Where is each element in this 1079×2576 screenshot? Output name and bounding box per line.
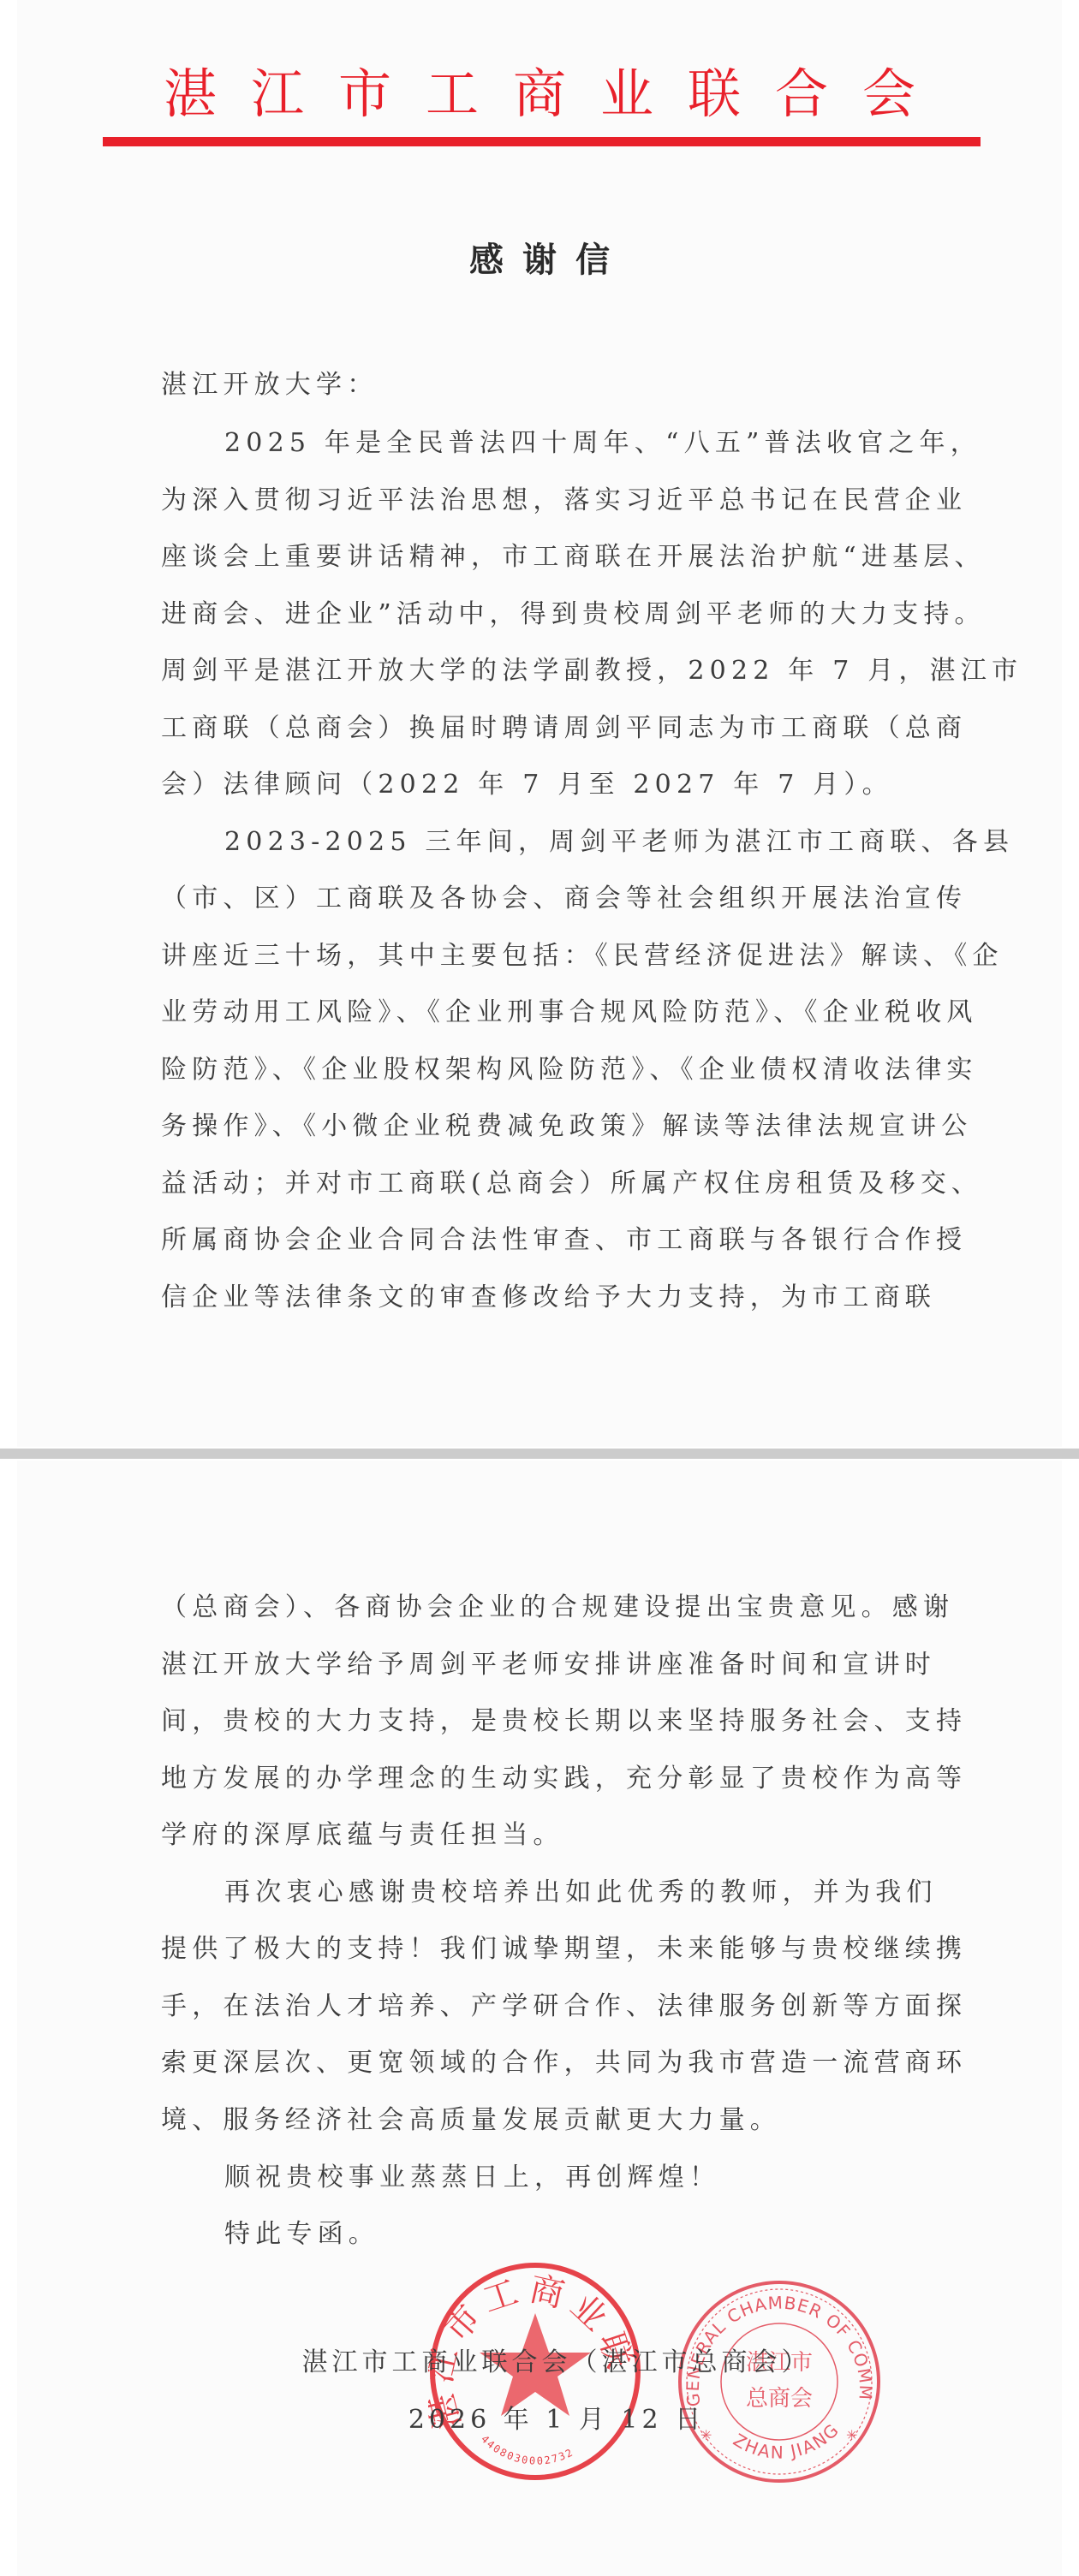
body-line: 信企业等法律条文的审查修改给予大力支持，为市工商联 xyxy=(161,1281,923,1315)
closing-wish: 顺祝贵校事业蒸蒸日上，再创辉煌！ xyxy=(224,2161,923,2195)
letterhead-title: 湛江市工商业联合会 xyxy=(0,63,1079,125)
body-line: 学府的深厚底蕴与责任担当。 xyxy=(161,1818,923,1853)
body-line: 会）法律顾问（2022 年 7 月至 2027 年 7 月）。 xyxy=(161,768,923,802)
body-line: 境、服务经济社会高质量发展贡献更大力量。 xyxy=(161,2103,923,2138)
body-line: （总商会）、各商协会企业的合规建设提出宝贵意见。感谢 xyxy=(161,1591,923,1625)
body-line: 座谈会上重要讲话精神，市工商联在开展法治护航“进基层、 xyxy=(161,540,923,574)
body-line: 务操作》、《小微企业税费减免政策》解读等法律法规宣讲公 xyxy=(161,1110,923,1144)
body-line: 手，在法治人才培养、产学研合作、法律服务创新等方面探 xyxy=(161,1990,923,2024)
page-separator xyxy=(0,1449,1079,1459)
signature-date: 2026 年 1 月 12 日 xyxy=(0,2403,1079,2437)
body-line: 提供了极大的支持！我们诚挚期望，未来能够与贵校继续携 xyxy=(161,1932,923,1966)
stamp-serial: 4408030002732 xyxy=(479,2433,575,2467)
body-line: 险防范》、《企业股权架构风险防范》、《企业债权清收法律实 xyxy=(161,1053,923,1087)
body-line: 湛江开放大学给予周剑平老师安排讲座准备时间和宣讲时 xyxy=(161,1648,923,1682)
body-line: 讲座近三十场，其中主要包括：《民营经济促进法》解读、《企 xyxy=(161,939,923,973)
seal-stamp-chamber: GENERAL CHAMBER OF COMMERCE ZHAN JIANG 湛… xyxy=(675,2277,884,2486)
svg-text:4408030002732: 4408030002732 xyxy=(479,2433,575,2467)
body-line: 2023-2025 三年间，周剑平老师为湛江市工商联、各县 xyxy=(224,825,923,860)
body-line: 2025 年是全民普法四十周年、“八五”普法收官之年， xyxy=(224,426,923,461)
body-line: 再次衷心感谢贵校培养出如此优秀的教师，并为我们 xyxy=(224,1876,923,1910)
closing-formal: 特此专函。 xyxy=(224,2217,923,2252)
letterhead-red-rule xyxy=(103,137,981,146)
body-line: 进商会、进企业”活动中，得到贵校周剑平老师的大力支持。 xyxy=(161,598,923,632)
body-line: 周剑平是湛江开放大学的法学副教授，2022 年 7 月，湛江市 xyxy=(161,654,923,688)
body-line: 益活动；并对市工商联(总商会）所属产权住房租赁及移交、 xyxy=(161,1167,923,1201)
body-line: 为深入贯彻习近平法治思想，落实习近平总书记在民营企业 xyxy=(161,484,923,518)
body-line: 工商联（总商会）换届时聘请周剑平同志为市工商联（总商 xyxy=(161,711,923,746)
body-line: 所属商协会企业合同合法性审查、市工商联与各银行合作授 xyxy=(161,1223,923,1258)
signature-organization: 湛江市工商业联合会（湛江市总商会） xyxy=(0,2346,1079,2380)
body-line: 间，贵校的大力支持，是贵校长期以来坚持服务社会、支持 xyxy=(161,1704,923,1739)
body-line: （市、区）工商联及各协会、商会等社会组织开展法治宣传 xyxy=(161,882,923,916)
body-line: 业劳动用工风险》、《企业刑事合规风险防范》、《企业税收风 xyxy=(161,996,923,1030)
salutation: 湛江开放大学： xyxy=(161,368,923,402)
document-title: 感谢信 xyxy=(0,233,1079,282)
body-line: 地方发展的办学理念的生动实践，充分彰显了贵校作为高等 xyxy=(161,1762,923,1796)
body-line: 索更深层次、更宽领域的合作，共同为我市营造一流营商环 xyxy=(161,2046,923,2080)
